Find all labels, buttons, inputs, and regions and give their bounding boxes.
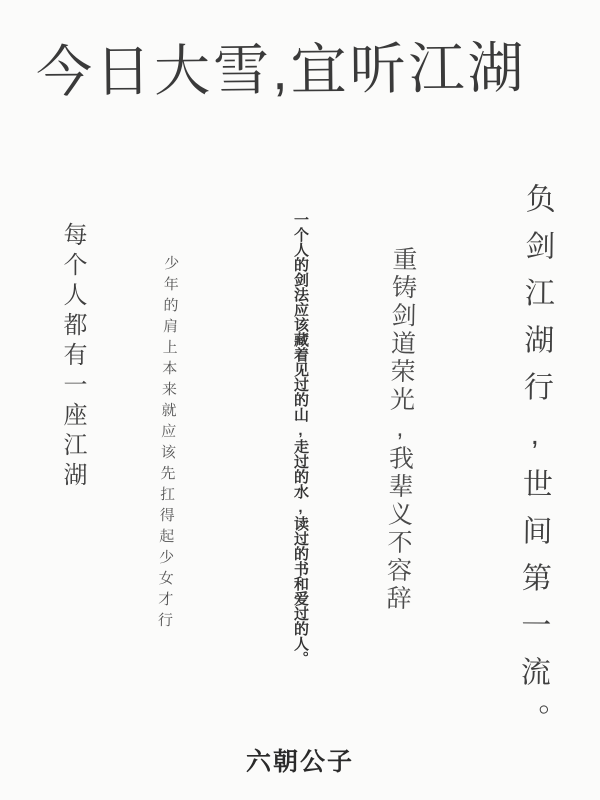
verse-column-mid-left: 少年的肩上本来就应该先扛得起少女才行 [154,255,182,633]
author-signature: 六朝公子 [0,742,600,778]
verse-column-center: 一个人的剑法应该藏着见过的山,走过的水,读过的书和爱过的人。 [290,212,311,666]
calligraphy-poster: 今日大雪,宜听江湖 负剑江湖行,世间第一流。 重铸剑道荣光,我辈义不容辞 一个人… [0,0,600,800]
poster-title: 今日大雪,宜听江湖 [36,24,577,109]
verse-column-right: 负剑江湖行,世间第一流。 [509,183,559,750]
verse-column-mid-right: 重铸剑道荣光,我辈义不容辞 [379,246,421,614]
verse-column-left: 每个人都有一座江湖 [55,222,90,492]
